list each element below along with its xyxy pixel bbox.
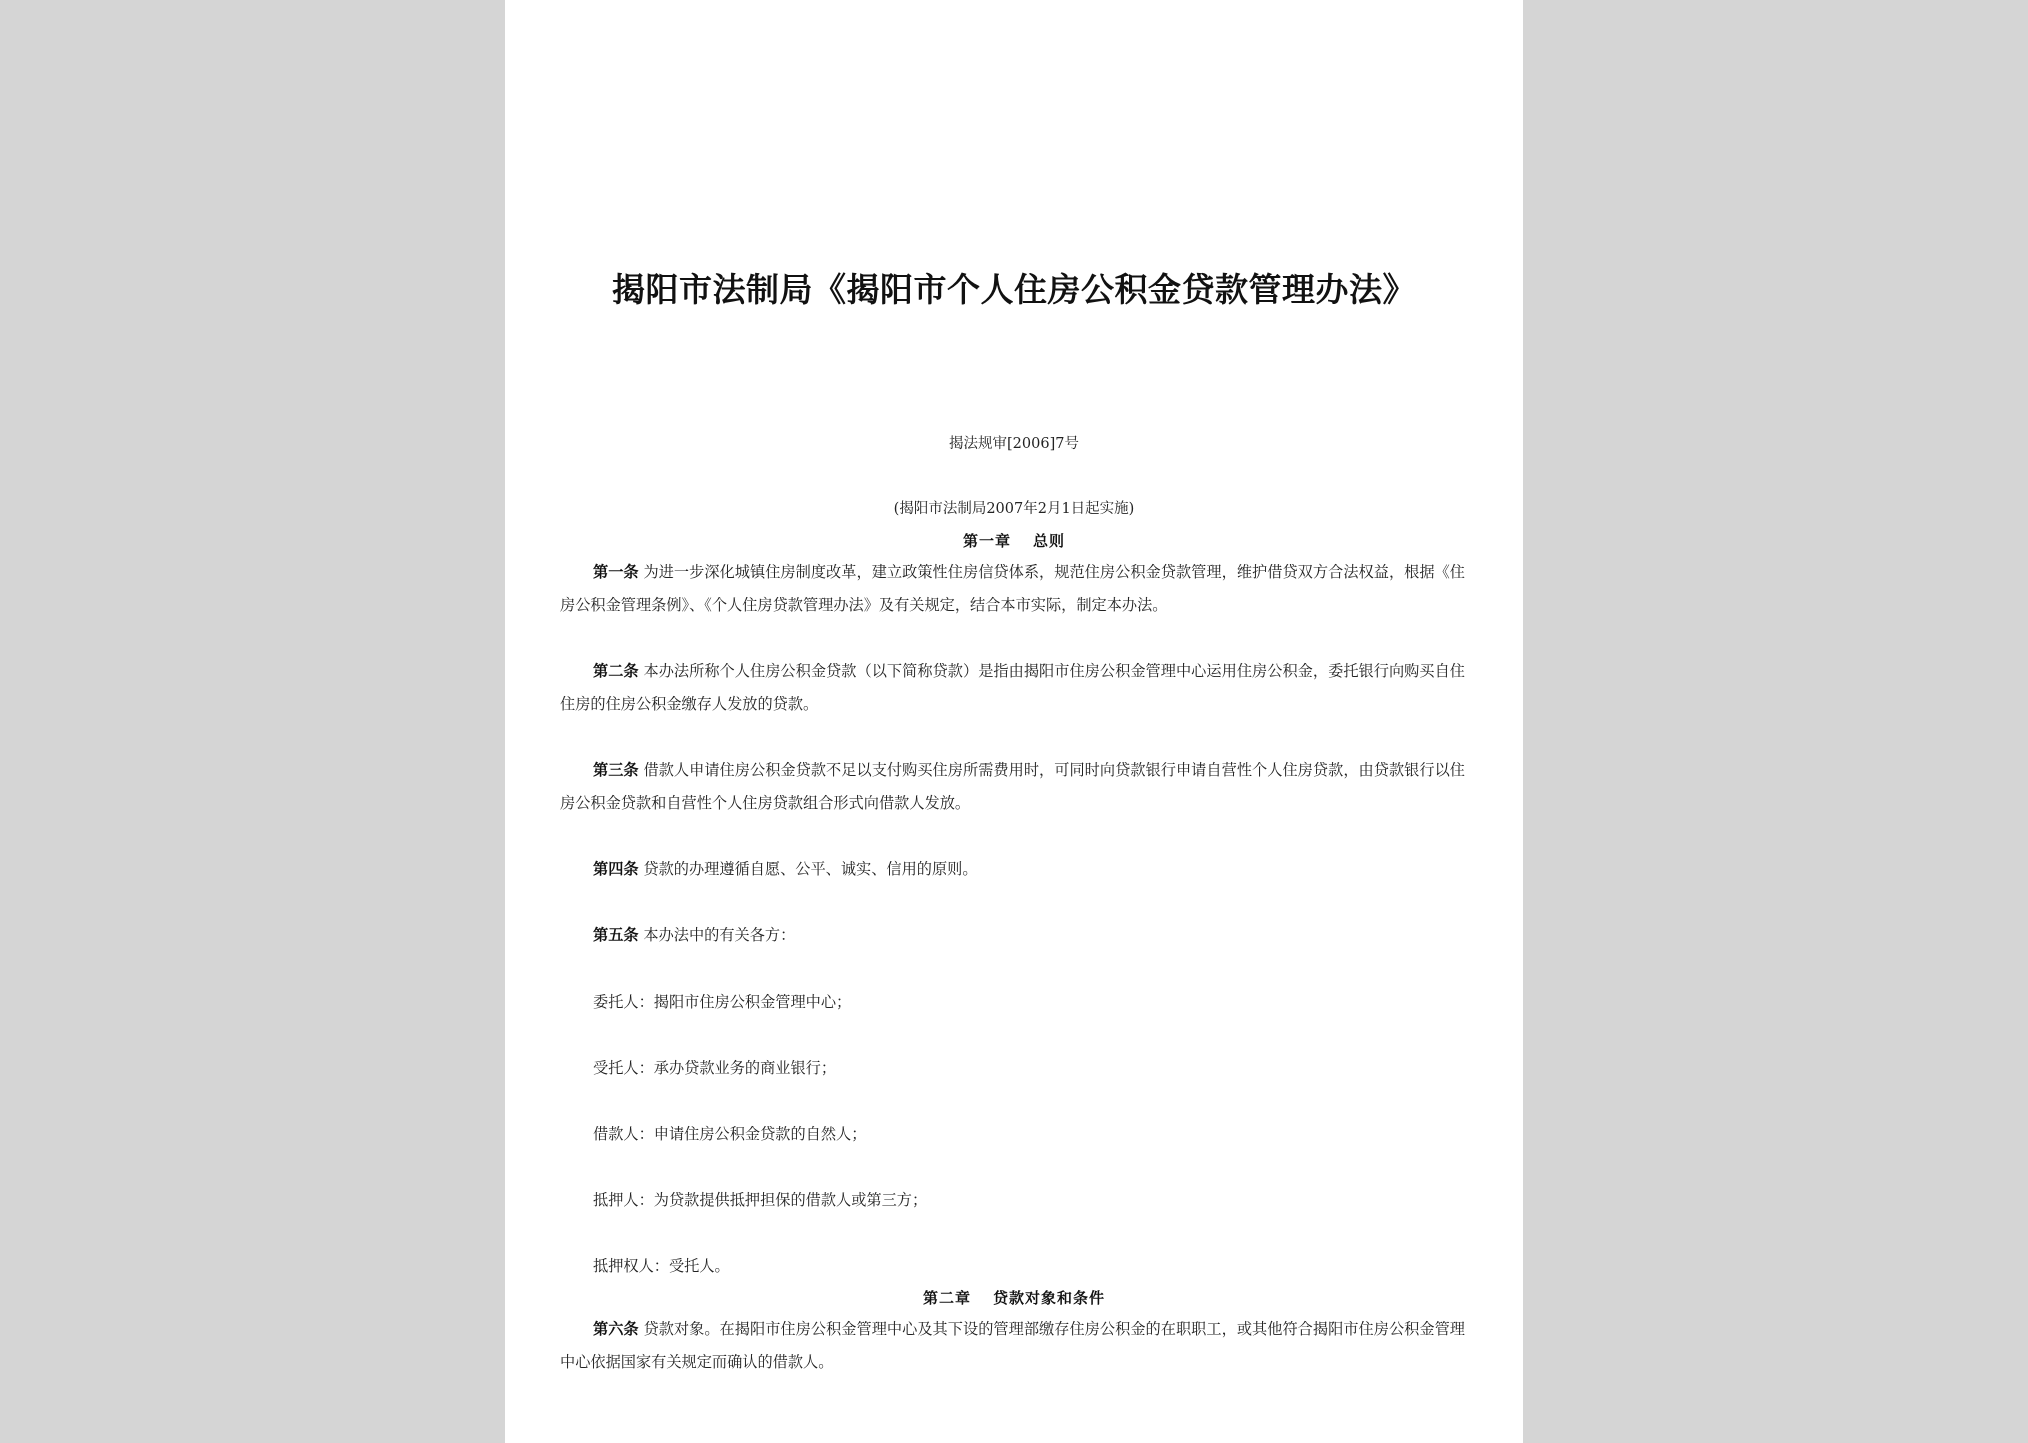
article-text: 借款人申请住房公积金贷款不足以支付购买住房所需费用时，可同时向贷款银行申请自营性… xyxy=(560,761,1465,812)
document-number: 揭法规审[2006]7号 xyxy=(505,432,1523,453)
party-mortgagor: 抵押人：为贷款提供抵押担保的借款人或第三方； xyxy=(593,1189,927,1210)
chapter-heading-1: 第一章总则 xyxy=(505,530,1523,551)
article-text: 贷款的办理遵循自愿、公平、诚实、信用的原则。 xyxy=(639,860,978,878)
party-trustee: 受托人：承办贷款业务的商业银行； xyxy=(593,1057,836,1078)
chapter-name: 总则 xyxy=(1033,532,1065,550)
article-text: 本办法所称个人住房公积金贷款（以下简称贷款）是指由揭阳市住房公积金管理中心运用住… xyxy=(560,662,1465,713)
article-label: 第三条 xyxy=(593,761,639,779)
chapter-number: 第一章 xyxy=(963,532,1011,550)
article-1: 第一条 为进一步深化城镇住房制度改革，建立政策性住房信贷体系，规范住房公积金贷款… xyxy=(560,556,1465,622)
article-6: 第六条 贷款对象。在揭阳市住房公积金管理中心及其下设的管理部缴存住房公积金的在职… xyxy=(560,1313,1465,1379)
article-label: 第六条 xyxy=(593,1320,639,1338)
article-label: 第五条 xyxy=(593,926,639,944)
effective-date-note: (揭阳市法制局2007年2月1日起实施) xyxy=(505,497,1523,518)
chapter-heading-2: 第二章贷款对象和条件 xyxy=(505,1287,1523,1308)
article-text: 为进一步深化城镇住房制度改革，建立政策性住房信贷体系，规范住房公积金贷款管理，维… xyxy=(560,563,1465,614)
article-text: 贷款对象。在揭阳市住房公积金管理中心及其下设的管理部缴存住房公积金的在职职工，或… xyxy=(560,1320,1465,1371)
party-mortgagee: 抵押权人：受托人。 xyxy=(593,1255,730,1276)
party-borrower: 借款人：申请住房公积金贷款的自然人； xyxy=(593,1123,866,1144)
party-entrustor: 委托人：揭阳市住房公积金管理中心； xyxy=(593,991,851,1012)
document-page: 揭阳市法制局《揭阳市个人住房公积金贷款管理办法》 揭法规审[2006]7号 (揭… xyxy=(505,0,1523,1443)
document-title: 揭阳市法制局《揭阳市个人住房公积金贷款管理办法》 xyxy=(505,264,1523,311)
article-label: 第一条 xyxy=(593,563,639,581)
article-2: 第二条 本办法所称个人住房公积金贷款（以下简称贷款）是指由揭阳市住房公积金管理中… xyxy=(560,655,1465,721)
chapter-name: 贷款对象和条件 xyxy=(993,1289,1105,1307)
article-label: 第四条 xyxy=(593,860,639,878)
article-4: 第四条 贷款的办理遵循自愿、公平、诚实、信用的原则。 xyxy=(560,853,1465,886)
article-5: 第五条 本办法中的有关各方： xyxy=(560,919,1465,952)
chapter-number: 第二章 xyxy=(923,1289,971,1307)
article-label: 第二条 xyxy=(593,662,639,680)
article-text: 本办法中的有关各方： xyxy=(639,926,796,944)
article-3: 第三条 借款人申请住房公积金贷款不足以支付购买住房所需费用时，可同时向贷款银行申… xyxy=(560,754,1465,820)
